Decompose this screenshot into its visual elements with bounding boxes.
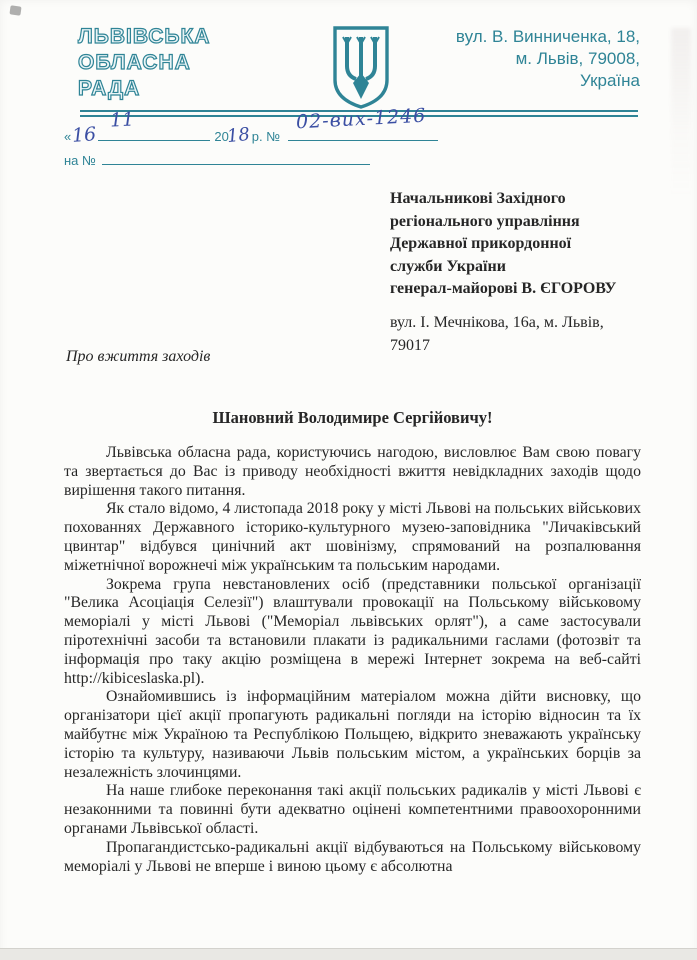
- org-name-line: ЛЬВІВСЬКА: [78, 24, 210, 50]
- recipient-address: вул. І. Мечнікова, 16а, м. Львів, 79017: [390, 312, 604, 357]
- faint-stamp-smudge: [671, 28, 691, 198]
- ref-underline: [102, 150, 370, 165]
- body-paragraph: Зокрема група невстановлених осіб (предс…: [64, 576, 641, 689]
- number-underline: 02-вих-1246: [288, 126, 438, 141]
- scan-edge-bottom: [0, 948, 697, 960]
- recipient-line: Начальникові Західного: [390, 188, 616, 211]
- body-paragraph: На наше глибоке переконання такі акції п…: [64, 782, 641, 838]
- printed-number-label: р. №: [252, 129, 280, 144]
- body-paragraph: Як стало відомо, 4 листопада 2018 року у…: [64, 500, 641, 575]
- body-paragraph: Ознайомившись із інформаційним матеріало…: [64, 688, 641, 782]
- recipient-line: служби України: [390, 256, 616, 279]
- handwritten-reg-number: 02-вих-1246: [296, 105, 427, 134]
- org-address-line: м. Львів, 79008,: [456, 48, 640, 70]
- recipient-line: Державної прикордонної: [390, 233, 616, 256]
- letter-body: Львівська обласна рада, користуючись наг…: [64, 444, 641, 876]
- handwritten-day: 16: [71, 123, 97, 147]
- tryzub-shield-icon: [330, 24, 392, 117]
- org-address-line: Україна: [456, 70, 640, 92]
- scan-corner-mark: [9, 5, 21, 15]
- date-number-line: « 16 11 20 18 р. № 02-вих-1246: [64, 124, 438, 146]
- handwritten-year: 18: [226, 124, 251, 147]
- salutation: Шановний Володимире Сергійовичу!: [64, 408, 641, 428]
- body-paragraph: Львівська обласна рада, користуючись наг…: [64, 444, 641, 500]
- recipient-line: генерал-майорові В. ЄГОРОВУ: [390, 278, 616, 301]
- org-address-line: вул. В. Винниченка, 18,: [456, 26, 640, 48]
- open-quote: «: [64, 129, 71, 144]
- recipient-address-line: 79017: [390, 335, 604, 358]
- org-name-logo: ЛЬВІВСЬКА ОБЛАСНА РАДА: [78, 24, 210, 102]
- date-underline: 11: [98, 126, 210, 141]
- ref-label: на №: [64, 153, 96, 168]
- letter-page: ЛЬВІВСЬКА ОБЛАСНА РАДА вул. В. Винниченк…: [0, 0, 697, 960]
- recipient-line: регіонального управління: [390, 211, 616, 234]
- org-address: вул. В. Винниченка, 18, м. Львів, 79008,…: [456, 26, 640, 92]
- reference-line: на №: [64, 150, 370, 168]
- recipient-address-line: вул. І. Мечнікова, 16а, м. Львів,: [390, 312, 604, 335]
- body-paragraph: Пропагандистсько-радикальні акції відбув…: [64, 839, 641, 877]
- recipient-block: Начальникові Західного регіонального упр…: [390, 188, 616, 301]
- handwritten-month: 11: [110, 108, 135, 131]
- subject-line: Про вжиття заходів: [66, 348, 210, 366]
- org-name-line: РАДА: [78, 76, 210, 102]
- org-name-line: ОБЛАСНА: [78, 50, 210, 76]
